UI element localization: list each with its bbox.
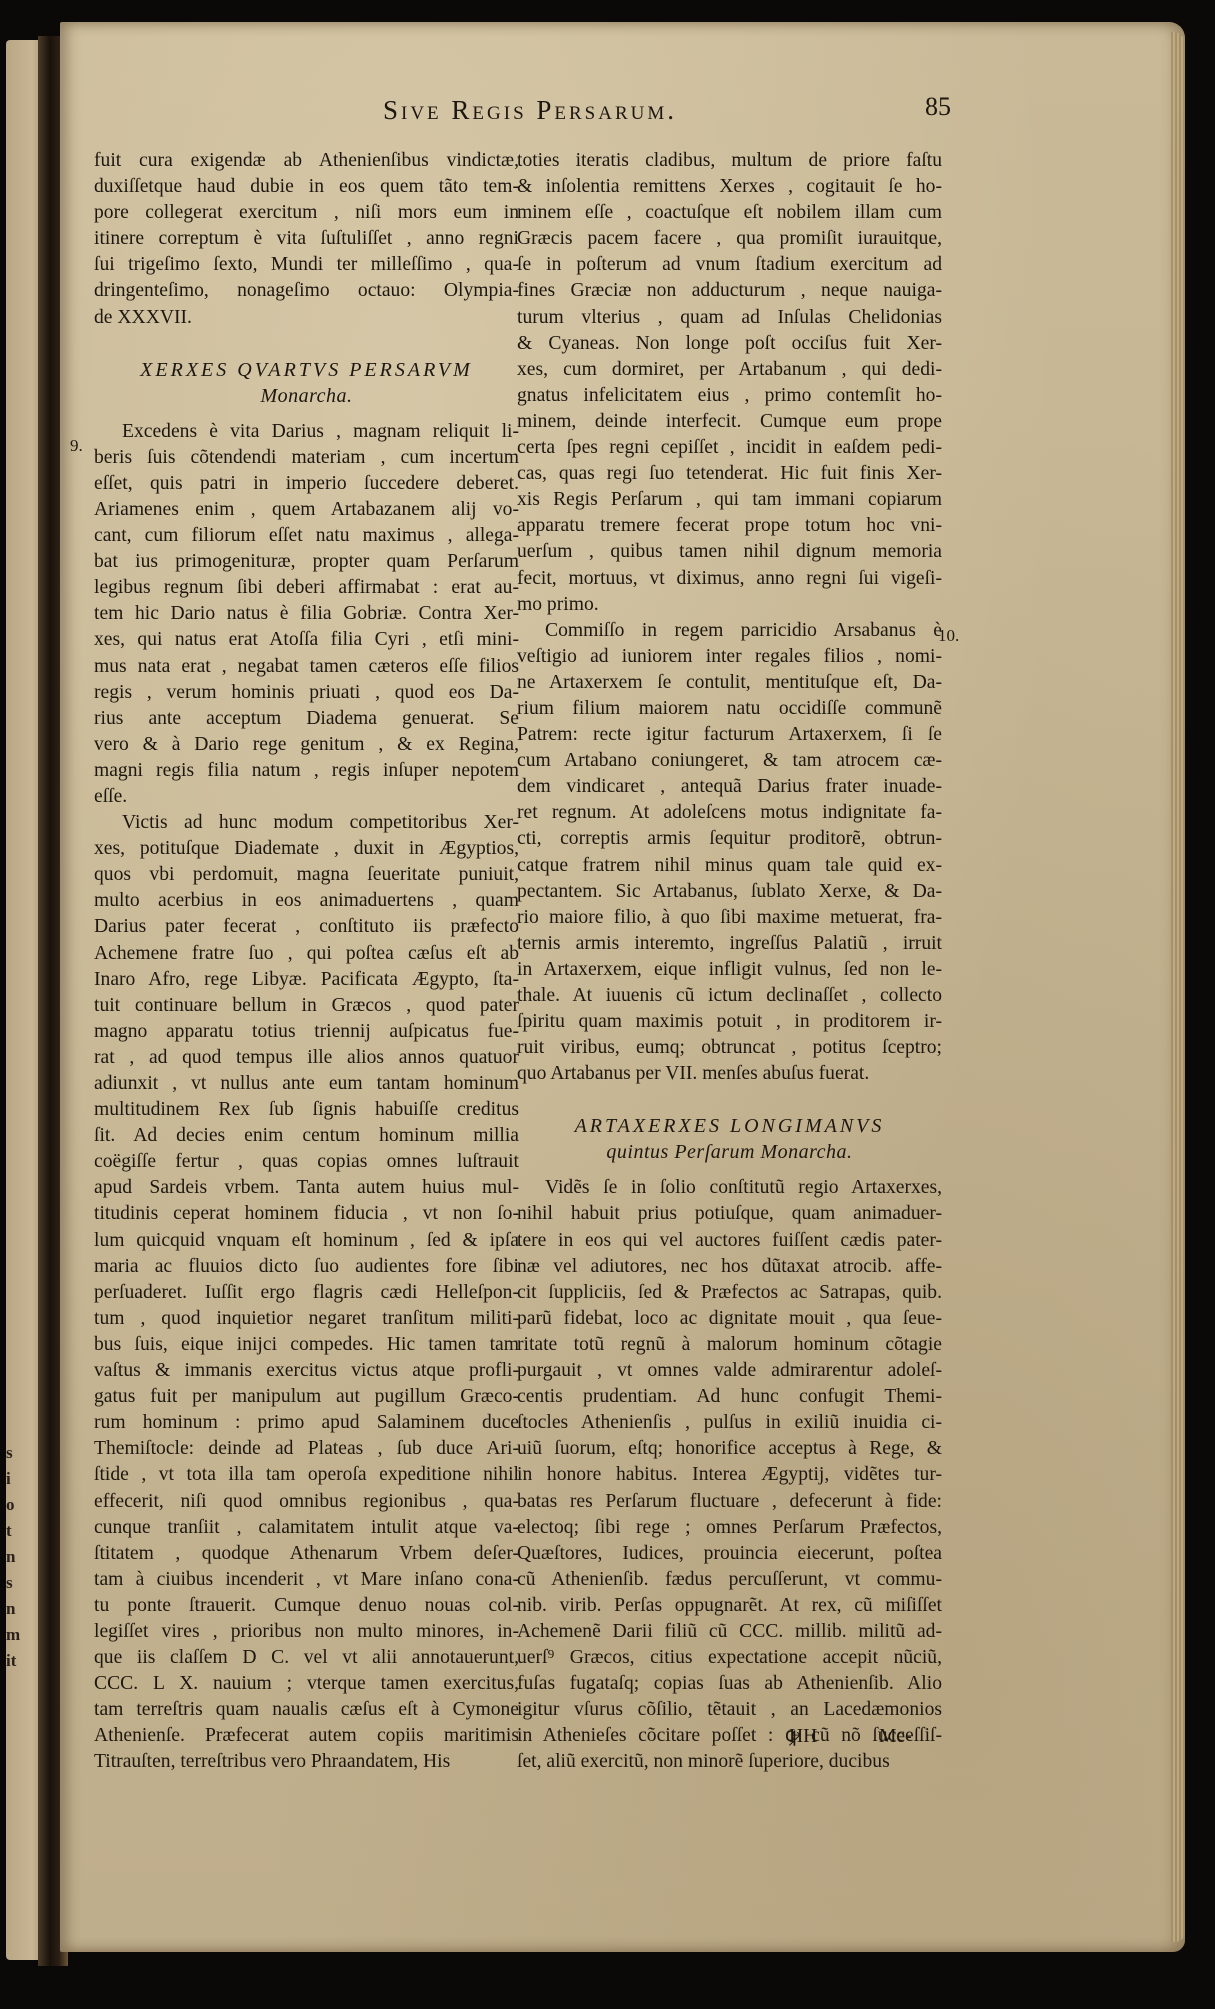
text-line: adiunxit , vt nullus ante eum tantam hom… bbox=[94, 1071, 519, 1097]
text-line: xes, qui natus erat Atoſſa filia Cyri , … bbox=[94, 627, 519, 653]
text-line: uiũ ſuorum, eſtq; honorifice acceptus à … bbox=[517, 1436, 942, 1462]
text-line: tu ponte ſtrauerit. Cumque denuo nouas c… bbox=[94, 1593, 519, 1619]
text-line: uerſum , quibus tamen nihil dignum memor… bbox=[517, 539, 942, 565]
text-line: apparatu tremere fecerat prope totum hoc… bbox=[517, 513, 942, 539]
text-line: cit ſuppliciis, ſed & Præfectos ac Satra… bbox=[517, 1280, 942, 1306]
text-line: rum hominum : primo apud Salaminem duce bbox=[94, 1410, 519, 1436]
text-line: eſſet, quis patri in imperio ſuccedere d… bbox=[94, 471, 519, 497]
text-line: electoq; ſibi rege ; omnes Perſarum Præf… bbox=[517, 1515, 942, 1541]
text-line: veſtigio ad iuniorem inter regales filio… bbox=[517, 644, 942, 670]
text-line: ſtitatem , quodque Athenarum Vrbem deſer… bbox=[94, 1541, 519, 1567]
text-line: effecerit, niſi quod omnibus regionibus … bbox=[94, 1489, 519, 1515]
text-line: cas, quas regi ſuo tetenderat. Hic fuit … bbox=[517, 461, 942, 487]
text-line: vero & à Dario rege genitum , & ex Regin… bbox=[94, 732, 519, 758]
text-line: nihil habuit prius potiuſque, quam anima… bbox=[517, 1201, 942, 1227]
text-line: ſui trigeſimo ſexto, Mundi ter milleſſim… bbox=[94, 252, 519, 278]
text-line: & Cyaneas. Non longe poſt occiſus fuit X… bbox=[517, 331, 942, 357]
text-line: fecit, mortuus, vt diximus, anno regni ſ… bbox=[517, 566, 942, 592]
text-line: tere in eos qui vel auctores fuiſſent cæ… bbox=[517, 1228, 942, 1254]
text-line: parũ fidebat, loco ac dignitate mouit , … bbox=[517, 1306, 942, 1332]
text-line: Themiſtocle: deinde ad Plateas , ſub duc… bbox=[94, 1436, 519, 1462]
left-column: fuit cura exigendæ ab Athenienſibus vind… bbox=[94, 148, 519, 1776]
text-line: & inſolentia remittens Xerxes , cogitaui… bbox=[517, 174, 942, 200]
text-line: quo Artabanus per VII. menſes abuſus fue… bbox=[517, 1061, 942, 1087]
text-line: fuit cura exigendæ ab Athenienſibus vind… bbox=[94, 148, 519, 174]
text-line: Titrauſten, terreſtribus vero Phraandate… bbox=[94, 1749, 519, 1775]
paragraph-campaigns: Victis ad hunc modum competitoribus Xer-… bbox=[94, 810, 519, 1775]
text-line: cti, correptis armis ſequitur proditorẽ,… bbox=[517, 826, 942, 852]
text-line: Inaro Afro, rege Libyæ. Pacificata Ægypt… bbox=[94, 967, 519, 993]
text-line: uerſ⁹ Græcos, citius expectatione accepi… bbox=[517, 1645, 942, 1671]
heading-title: ARTAXERXES LONGIMANVS bbox=[575, 1115, 885, 1137]
text-line: bat ius primogenituræ, propter quam Perſ… bbox=[94, 549, 519, 575]
text-line: ſet, aliũ exercitũ, non minorẽ ſuperiore… bbox=[517, 1749, 942, 1775]
text-line: ne Artaxerxem ſe contulit, mentituſque e… bbox=[517, 670, 942, 696]
text-line: magno apparatu totius triennij auſpicatu… bbox=[94, 1019, 519, 1045]
text-line: ſe in poſterum ad vnum ſtadium exercitum… bbox=[517, 252, 942, 278]
text-line: Achemenẽ Darii filiũ cũ CCC. millib. mil… bbox=[517, 1619, 942, 1645]
text-line: tuit continuare bellum in Græcos , quod … bbox=[94, 993, 519, 1019]
text-line: itinere correptum è vita ſuſtuliſſet , a… bbox=[94, 226, 519, 252]
text-line: rius ante acceptum Diadema genuerat. Se bbox=[94, 706, 519, 732]
facing-page-letters: s i o t n s n m it bbox=[6, 1440, 16, 1674]
text-line: xes, potituſque Diademate , duxit in Ægy… bbox=[94, 836, 519, 862]
text-line: turum vlterius , quam ad Inſulas Chelido… bbox=[517, 305, 942, 331]
text-line: fuſas fugataſq; copias ſuas ab Athenienſ… bbox=[517, 1671, 942, 1697]
text-line: tum , quod inquietior negaret tranſitum … bbox=[94, 1306, 519, 1332]
text-line: apud Sardeis vrbem. Tanta autem huius mu… bbox=[94, 1175, 519, 1201]
text-line: purgauit , vt omnes valde admirarentur a… bbox=[517, 1358, 942, 1384]
text-line: igitur vſurus cõſilio, tẽtauit , an Lace… bbox=[517, 1697, 942, 1723]
text-line: fines Græciæ non adducturum , neque naui… bbox=[517, 278, 942, 304]
catchword: Me- bbox=[879, 1726, 912, 1748]
text-line: rio maiore filio, à quo ſibi maxime metu… bbox=[517, 905, 942, 931]
text-line: perſuaderet. Iuſſit ergo flagris cædi He… bbox=[94, 1280, 519, 1306]
text-line: Victis ad hunc modum competitoribus Xer- bbox=[94, 810, 519, 836]
text-line: minem, deinde interfecit. Cumque eum pro… bbox=[517, 409, 942, 435]
text-line: magni regis filia natum , regis inſuper … bbox=[94, 758, 519, 784]
text-line: ret regnum. At adoleſcens motus indignit… bbox=[517, 800, 942, 826]
text-line: certa ſpes regni cepiſſet , incidit in e… bbox=[517, 435, 942, 461]
text-line: dringenteſimo, nonageſimo octauo: Olympi… bbox=[94, 278, 519, 304]
text-line: CCC. L X. nauium ; vterque tamen exercit… bbox=[94, 1671, 519, 1697]
text-line: in honore habitus. Interea Ægyptij, vidẽ… bbox=[517, 1462, 942, 1488]
text-line: Darius pater fecerat , conſtituto iis pr… bbox=[94, 914, 519, 940]
text-line: Quæſtores, Iudices, prouincia eiecerunt,… bbox=[517, 1541, 942, 1567]
text-line: tam à ciuibus incenderit , vt Mare inſan… bbox=[94, 1567, 519, 1593]
text-line: næ vel adiutores, nec hos dũtaxat atroci… bbox=[517, 1254, 942, 1280]
text-line: ſtocles Athenienſis , pulſus in exiliũ i… bbox=[517, 1410, 942, 1436]
text-line: multitudinem Rex ſub ſignis habuiſſe cre… bbox=[94, 1097, 519, 1123]
text-line: multo acerbius in eos animaduertens , qu… bbox=[94, 888, 519, 914]
text-line: dem vindicaret , antequã Darius frater i… bbox=[517, 774, 942, 800]
heading-subtitle: quintus Perſarum Monarcha. bbox=[517, 1139, 942, 1165]
text-line: mo primo. bbox=[517, 592, 942, 618]
text-line: Commiſſo in regem parricidio Arsabanus è bbox=[517, 618, 942, 644]
heading-title: XERXES QVARTVS PERSARVM bbox=[140, 359, 473, 381]
text-line: thale. At iuuenis cũ ictum declinaſſet ,… bbox=[517, 983, 942, 1009]
text-line: ſit. Ad decies enim centum hominum milli… bbox=[94, 1123, 519, 1149]
text-line: vaſtus & immanis exercitus victus atque … bbox=[94, 1358, 519, 1384]
text-line: ſpiritu quam maximis potuit , in prodito… bbox=[517, 1009, 942, 1035]
text-line: mus nata erat , negabat tamen cæteros eſ… bbox=[94, 654, 519, 680]
heading-subtitle: Monarcha. bbox=[94, 383, 519, 409]
text-line: duxiſſetque haud dubie in eos quem tãto … bbox=[94, 174, 519, 200]
text-line: tam terreſtris quam naualis cæſus eſt à … bbox=[94, 1697, 519, 1723]
page-number: 85 bbox=[925, 92, 951, 122]
text-line: bus ſuis, eique inijci compedes. Hic tam… bbox=[94, 1332, 519, 1358]
text-line: cũ Athenienſib. fædus percuſſerunt, vt c… bbox=[517, 1567, 942, 1593]
text-line: batas res Perſarum fluctuare , defecerun… bbox=[517, 1489, 942, 1515]
paragraph-succession: Excedens è vita Darius , magnam reliquit… bbox=[94, 419, 519, 810]
text-line: Græcis pacem facere , qua promiſit iurau… bbox=[517, 226, 942, 252]
text-line: xes, cum dormiret, per Artabanum , qui d… bbox=[517, 357, 942, 383]
text-line: regis , verum hominis priuati , quod eos… bbox=[94, 680, 519, 706]
text-line: titudinis ceperat hominem fiducia , vt n… bbox=[94, 1201, 519, 1227]
text-line: Patrem: recte igitur facturum Artaxerxem… bbox=[517, 722, 942, 748]
text-line: Athenienſe. Præfecerat autem copiis mari… bbox=[94, 1723, 519, 1749]
text-line: nib. virib. Perſas oppugnarẽt. At rex, c… bbox=[517, 1593, 942, 1619]
signature-mark: HH bbox=[789, 1726, 817, 1748]
section-heading-xerxes: XERXES QVARTVS PERSARVM Monarcha. bbox=[94, 357, 519, 409]
text-line: cum Artabano coniungeret, & tam atrocem … bbox=[517, 748, 942, 774]
text-line: eſſe. bbox=[94, 784, 519, 810]
text-line: catque fratrem nihil minus quam tale qui… bbox=[517, 853, 942, 879]
paragraph-artaxerxes-reign: Vidẽs ſe in ſolio conſtitutũ regio Artax… bbox=[517, 1175, 942, 1775]
text-line: de XXXVII. bbox=[94, 305, 519, 331]
paragraph-peace: toties iteratis cladibus, multum de prio… bbox=[517, 148, 942, 618]
text-line: que iis claſſem D C. vel vt alii annotau… bbox=[94, 1645, 519, 1671]
text-line: rium filium maiorem natu occidiſſe commu… bbox=[517, 696, 942, 722]
text-line: lum quicquid vnquam eſt hominum , ſed & … bbox=[94, 1228, 519, 1254]
text-line: coëgiſſe fertur , quas copias omnes luſt… bbox=[94, 1149, 519, 1175]
text-line: Vidẽs ſe in ſolio conſtitutũ regio Artax… bbox=[517, 1175, 942, 1201]
text-line: xis Regis Perſarum , qui tam immani copi… bbox=[517, 487, 942, 513]
text-line: ruit viribus, eumq; obtruncat , potitus … bbox=[517, 1035, 942, 1061]
text-line: tem hic Dario natus è filia Gobriæ. Cont… bbox=[94, 601, 519, 627]
paragraph-artabanus: Commiſſo in regem parricidio Arsabanus è… bbox=[517, 618, 942, 1088]
text-line: ritate totũ regnũ à malorum hominum cõta… bbox=[517, 1332, 942, 1358]
text-line: cunque tranſiit , calamitatem intulit at… bbox=[94, 1515, 519, 1541]
text-line: pore collegerat exercitum , niſi mors eu… bbox=[94, 200, 519, 226]
text-line: Ariamenes enim , quem Artabazanem alij v… bbox=[94, 497, 519, 523]
text-line: beris ſuis cõtendendi materiam , cum inc… bbox=[94, 445, 519, 471]
text-line: maria ac fluuios dicto ſuo audientes for… bbox=[94, 1254, 519, 1280]
text-line: pectantem. Sic Artabanus, ſublato Xerxe,… bbox=[517, 879, 942, 905]
text-line: minem eſſe , coactuſque eſt nobilem illa… bbox=[517, 200, 942, 226]
text-line: ſtide , vt tota illa tam operoſa expedit… bbox=[94, 1462, 519, 1488]
running-head: Sive Regis Persarum. bbox=[320, 95, 740, 126]
text-line: centis prudentiam. Ad hunc confugit Them… bbox=[517, 1384, 942, 1410]
page-fore-edge bbox=[1171, 32, 1185, 1942]
right-column: toties iteratis cladibus, multum de prio… bbox=[517, 148, 942, 1776]
text-line: cant, cum filiorum eſſet natu maximus , … bbox=[94, 523, 519, 549]
text-line: rat , ad quod tempus ille alios annos qu… bbox=[94, 1045, 519, 1071]
text-line: toties iteratis cladibus, multum de prio… bbox=[517, 148, 942, 174]
text-line: in Artaxerxem, eique infligit vulnus, ſe… bbox=[517, 957, 942, 983]
text-line: Excedens è vita Darius , magnam reliquit… bbox=[94, 419, 519, 445]
text-line: ternis armis interemto, ingreſſus Palati… bbox=[517, 931, 942, 957]
text-line: Achemene fratre ſuo , qui poſtea cæſus e… bbox=[94, 941, 519, 967]
text-line: quos vbi perdomuit, magna ſeueritate pun… bbox=[94, 862, 519, 888]
text-line: gatus fuit per manipulum aut pugillum Gr… bbox=[94, 1384, 519, 1410]
text-line: legibus regnum ſibi deberi affirmabat : … bbox=[94, 575, 519, 601]
section-heading-artaxerxes: ARTAXERXES LONGIMANVS quintus Perſarum M… bbox=[517, 1113, 942, 1165]
text-line: legiſſet vires , prioribus non multo min… bbox=[94, 1619, 519, 1645]
text-line: gnatus infelicitatem eius , primo contem… bbox=[517, 383, 942, 409]
paragraph-end-darius: fuit cura exigendæ ab Athenienſibus vind… bbox=[94, 148, 519, 331]
margin-note-left: 9. bbox=[70, 436, 83, 456]
